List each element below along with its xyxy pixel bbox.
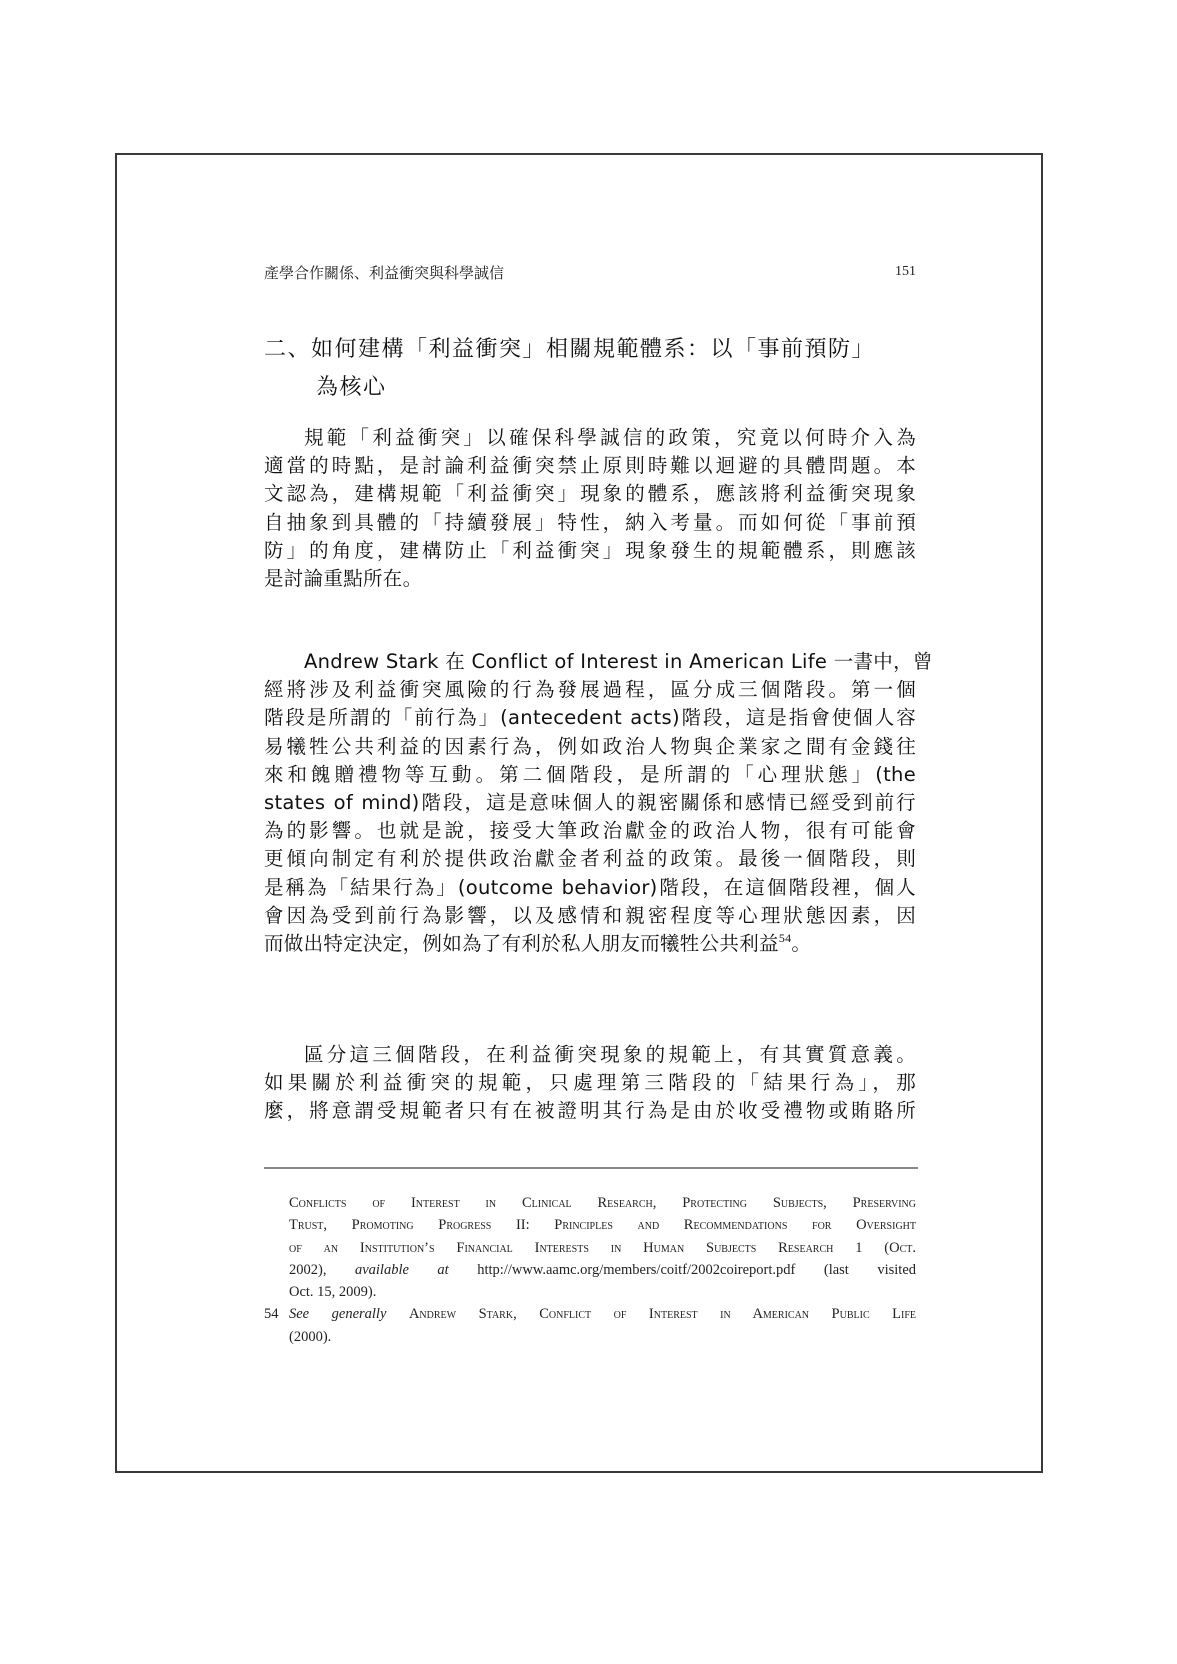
text-line: 易犧牲公共利益的因素行為，例如政治人物與企業家之間有金錢往 bbox=[264, 733, 916, 761]
text-line: 來和餽贈禮物等互動。第二個階段，是所謂的「心理狀態」(the bbox=[264, 761, 916, 789]
running-head: 產學合作關係、利益衝突與科學誠信 151 bbox=[264, 262, 916, 286]
text-line: 會因為受到前行為影響，以及感情和親密程度等心理狀態因素，因 bbox=[264, 902, 916, 930]
text-line: 經將涉及利益衝突風險的行為發展過程，區分成三個階段。第一個 bbox=[264, 676, 916, 704]
footnote-line: Trust, Promoting Progress II: Principles… bbox=[289, 1214, 916, 1236]
text-line: 為的影響。也就是說，接受大筆政治獻金的政治人物，很有可能會 bbox=[264, 817, 916, 845]
section-heading-line-1: 二、如何建構「利益衝突」相關規範體系：以「事前預防」 bbox=[264, 337, 875, 362]
signal-available-at: available at bbox=[355, 1262, 449, 1278]
text-line: 階段是所謂的「前行為」(antecedent acts)階段，這是指會使個人容 bbox=[264, 704, 916, 732]
citation-title: Andrew Stark, Conflict of Interest in Am… bbox=[409, 1306, 916, 1322]
paragraph-1: 規範「利益衝突」以確保科學誠信的政策，究竟以何時介入為 適當的時點，是討論利益衝… bbox=[264, 424, 916, 593]
footnote-divider bbox=[264, 1167, 918, 1169]
text-line: 文認為，建構規範「利益衝突」現象的體系，應該將利益衝突現象 bbox=[264, 480, 916, 508]
text-line: 是討論重點所在。 bbox=[264, 565, 916, 593]
text-line: 自抽象到具體的「持續發展」特性，納入考量。而如何從「事前預 bbox=[264, 509, 916, 537]
footnote-54: 54 See generally Andrew Stark, Conflict … bbox=[264, 1303, 916, 1348]
text-line: 適當的時點，是討論利益衝突禁止原則時難以迴避的具體問題。本 bbox=[264, 452, 916, 480]
footnote-number: 54 bbox=[264, 1303, 279, 1325]
footnote-year: 2002), bbox=[289, 1262, 355, 1278]
text-line: 規範「利益衝突」以確保科學誠信的政策，究竟以何時介入為 bbox=[264, 424, 916, 452]
footnote-line: of an Institution’s Financial Interests … bbox=[289, 1237, 916, 1259]
text-line: states of mind)階段，這是意味個人的親密關係和感情已經受到前行 bbox=[264, 789, 916, 817]
footnote-url[interactable]: http://www.aamc.org/members/coitf/2002co… bbox=[477, 1262, 795, 1278]
section-heading-line-2: 為核心 bbox=[264, 369, 924, 407]
footnote-line: (2000). bbox=[289, 1326, 916, 1348]
text-line: 如果關於利益衝突的規範，只處理第三階段的「結果行為」，那 bbox=[264, 1069, 916, 1097]
footnote-line: See generally Andrew Stark, Conflict of … bbox=[289, 1303, 916, 1325]
text-line-last: 而做出特定決定，例如為了有利於私人朋友而犧牲公共利益54。 bbox=[264, 930, 916, 958]
paragraph-2: Andrew Stark 在 Conflict of Interest in A… bbox=[264, 648, 916, 958]
footnote-line: Conflicts of Interest in Clinical Resear… bbox=[289, 1192, 916, 1214]
signal-see-generally: See generally bbox=[289, 1306, 386, 1322]
running-title: 產學合作關係、利益衝突與科學誠信 bbox=[264, 262, 504, 283]
text-line: 區分這三個階段，在利益衝突現象的規範上，有其實質意義。 bbox=[264, 1041, 916, 1069]
footnote-ref-54[interactable]: 54 bbox=[779, 931, 792, 945]
text-line: 是稱為「結果行為」(outcome behavior)階段，在這個階段裡，個人 bbox=[264, 874, 916, 902]
footnotes: Conflicts of Interest in Clinical Resear… bbox=[264, 1192, 916, 1348]
footnote-line-url: 2002), available at http://www.aamc.org/… bbox=[289, 1259, 916, 1281]
text-line: Andrew Stark 在 Conflict of Interest in A… bbox=[264, 648, 916, 676]
text-line: 防」的角度，建構防止「利益衝突」現象發生的規範體系，則應該 bbox=[264, 537, 916, 565]
page-number: 151 bbox=[895, 264, 916, 280]
footnote-last-visited: (last visited bbox=[824, 1262, 916, 1278]
footnote-continued: Conflicts of Interest in Clinical Resear… bbox=[264, 1192, 916, 1303]
text: 而做出特定決定，例如為了有利於私人朋友而犧牲公共利益 bbox=[264, 932, 779, 955]
section-heading: 二、如何建構「利益衝突」相關規範體系：以「事前預防」 為核心 bbox=[264, 331, 924, 407]
footnote-line: Oct. 15, 2009). bbox=[289, 1281, 916, 1303]
paragraph-3: 區分這三個階段，在利益衝突現象的規範上，有其實質意義。 如果關於利益衝突的規範，… bbox=[264, 1041, 916, 1126]
end-punctuation: 。 bbox=[791, 932, 811, 955]
text-line: 更傾向制定有利於提供政治獻金者利益的政策。最後一個階段，則 bbox=[264, 845, 916, 873]
text-line: 麼，將意謂受規範者只有在被證明其行為是由於收受禮物或賄賂所 bbox=[264, 1097, 916, 1125]
